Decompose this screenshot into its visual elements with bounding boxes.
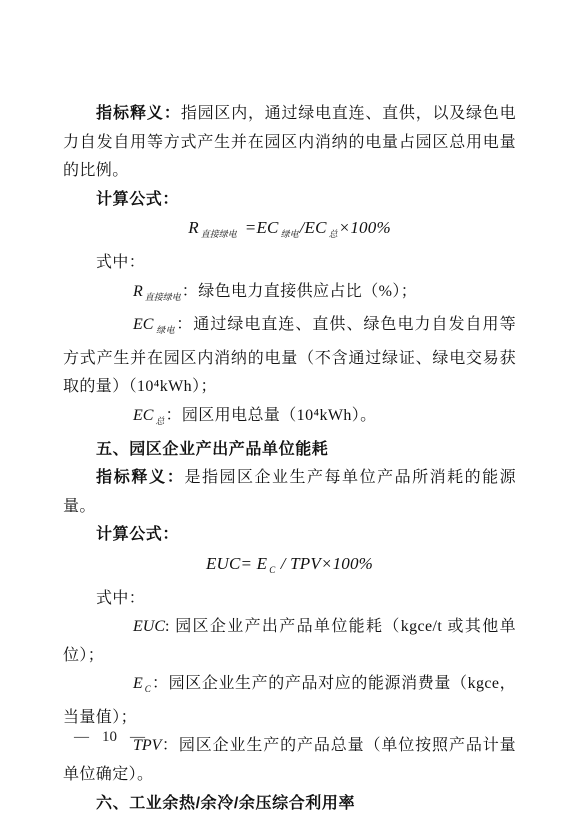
def-ec-green-sub: 绿电 [155, 325, 175, 335]
def-r-sub: 直接绿电 [145, 292, 181, 302]
para-indicator-definition-1: 指标释义：指园区内，通过绿电直连、直供，以及绿色电力自发自用等方式产生并在园区内… [63, 100, 516, 186]
formula-heading-2-label: 计算公式： [96, 526, 179, 543]
formula-euc: EUC= EC / TPV×100% [63, 550, 516, 585]
formula1-sub-direct-green: 直接绿电 [201, 229, 237, 239]
para-formula-heading-2: 计算公式： [63, 521, 516, 550]
page-footer: —10— [74, 729, 145, 746]
formula1-equals-ec: =EC [245, 218, 279, 237]
indicator-definition-2-label: 指标释义： [96, 469, 185, 486]
formula1-sub-total: 总 [329, 229, 338, 239]
para-formula-intro-2: 式中： [63, 585, 516, 614]
section-6-heading: 六、工业余热/余冷/余压综合利用率 [63, 790, 516, 817]
formula1-var-r: R [188, 218, 199, 237]
formula-heading-1-label: 计算公式： [96, 191, 179, 208]
formula2-sub-c: C [269, 565, 275, 575]
def-r-var: R [133, 283, 143, 300]
def-ec2-sub: C [145, 684, 151, 694]
def-r-text: ：绿色电力直接供应占比（%）； [182, 283, 417, 300]
formula2-head: EUC= E [206, 554, 267, 573]
page-number: 10 [102, 729, 117, 746]
def-ec-green-var: EC [133, 316, 153, 333]
def-line-ec2: EC：园区企业生产的产品对应的能源消费量（kgce，当量值）； [63, 670, 516, 732]
formula-intro-1-text: 式中： [96, 254, 145, 271]
def-ec-green-text: ：通过绿电直连、直供、绿色电力自发自用等方式产生并在园区内消纳的电量（不含通过绿… [63, 316, 516, 395]
formula-intro-2-text: 式中： [96, 590, 145, 607]
def-line-euc: EUC: 园区企业产出产品单位能耗（kgce/t 或其他单位）； [63, 613, 516, 670]
def-euc-text: : 园区企业产出产品单位能耗（kgce/t 或其他单位）； [63, 618, 516, 664]
formula1-slash-ec: /EC [300, 218, 327, 237]
def-euc-var: EUC [133, 618, 165, 635]
para-formula-heading-1: 计算公式： [63, 186, 516, 215]
formula1-sub-green: 绿电 [281, 229, 299, 239]
indicator-definition-1-label: 指标释义： [96, 105, 181, 122]
formula-direct-green-ratio: R直接绿电=EC绿电/EC总×100% [63, 214, 516, 249]
footer-dash-right: — [130, 729, 145, 746]
document-page: 指标释义：指园区内，通过绿电直连、直供，以及绿色电力自发自用等方式产生并在园区内… [0, 0, 579, 817]
def-line-ec-total: EC总：园区用电总量（10⁴kWh）。 [63, 402, 516, 436]
def-ec-total-var: EC [133, 407, 153, 424]
para-formula-intro-1: 式中： [63, 249, 516, 278]
para-indicator-definition-2: 指标释义：是指园区企业生产每单位产品所消耗的能源量。 [63, 464, 516, 521]
section-5-heading: 五、园区企业产出产品单位能耗 [63, 436, 516, 465]
def-ec-total-sub: 总 [155, 416, 164, 426]
formula1-multiplier: ×100% [339, 218, 391, 237]
def-ec2-var: E [133, 675, 143, 692]
formula2-tail: / TPV×100% [276, 554, 373, 573]
def-ec-total-text: ：园区用电总量（10⁴kWh）。 [165, 407, 376, 424]
def-line-ec-green: EC绿电：通过绿电直连、直供、绿色电力自发自用等方式产生并在园区内消纳的电量（不… [63, 311, 516, 402]
def-line-r: R直接绿电：绿色电力直接供应占比（%）； [63, 278, 516, 312]
document-content: 指标释义：指园区内，通过绿电直连、直供，以及绿色电力自发自用等方式产生并在园区内… [63, 100, 516, 817]
footer-dash-left: — [74, 729, 89, 746]
def-ec2-text: ：园区企业生产的产品对应的能源消费量（kgce，当量值）； [63, 675, 516, 726]
